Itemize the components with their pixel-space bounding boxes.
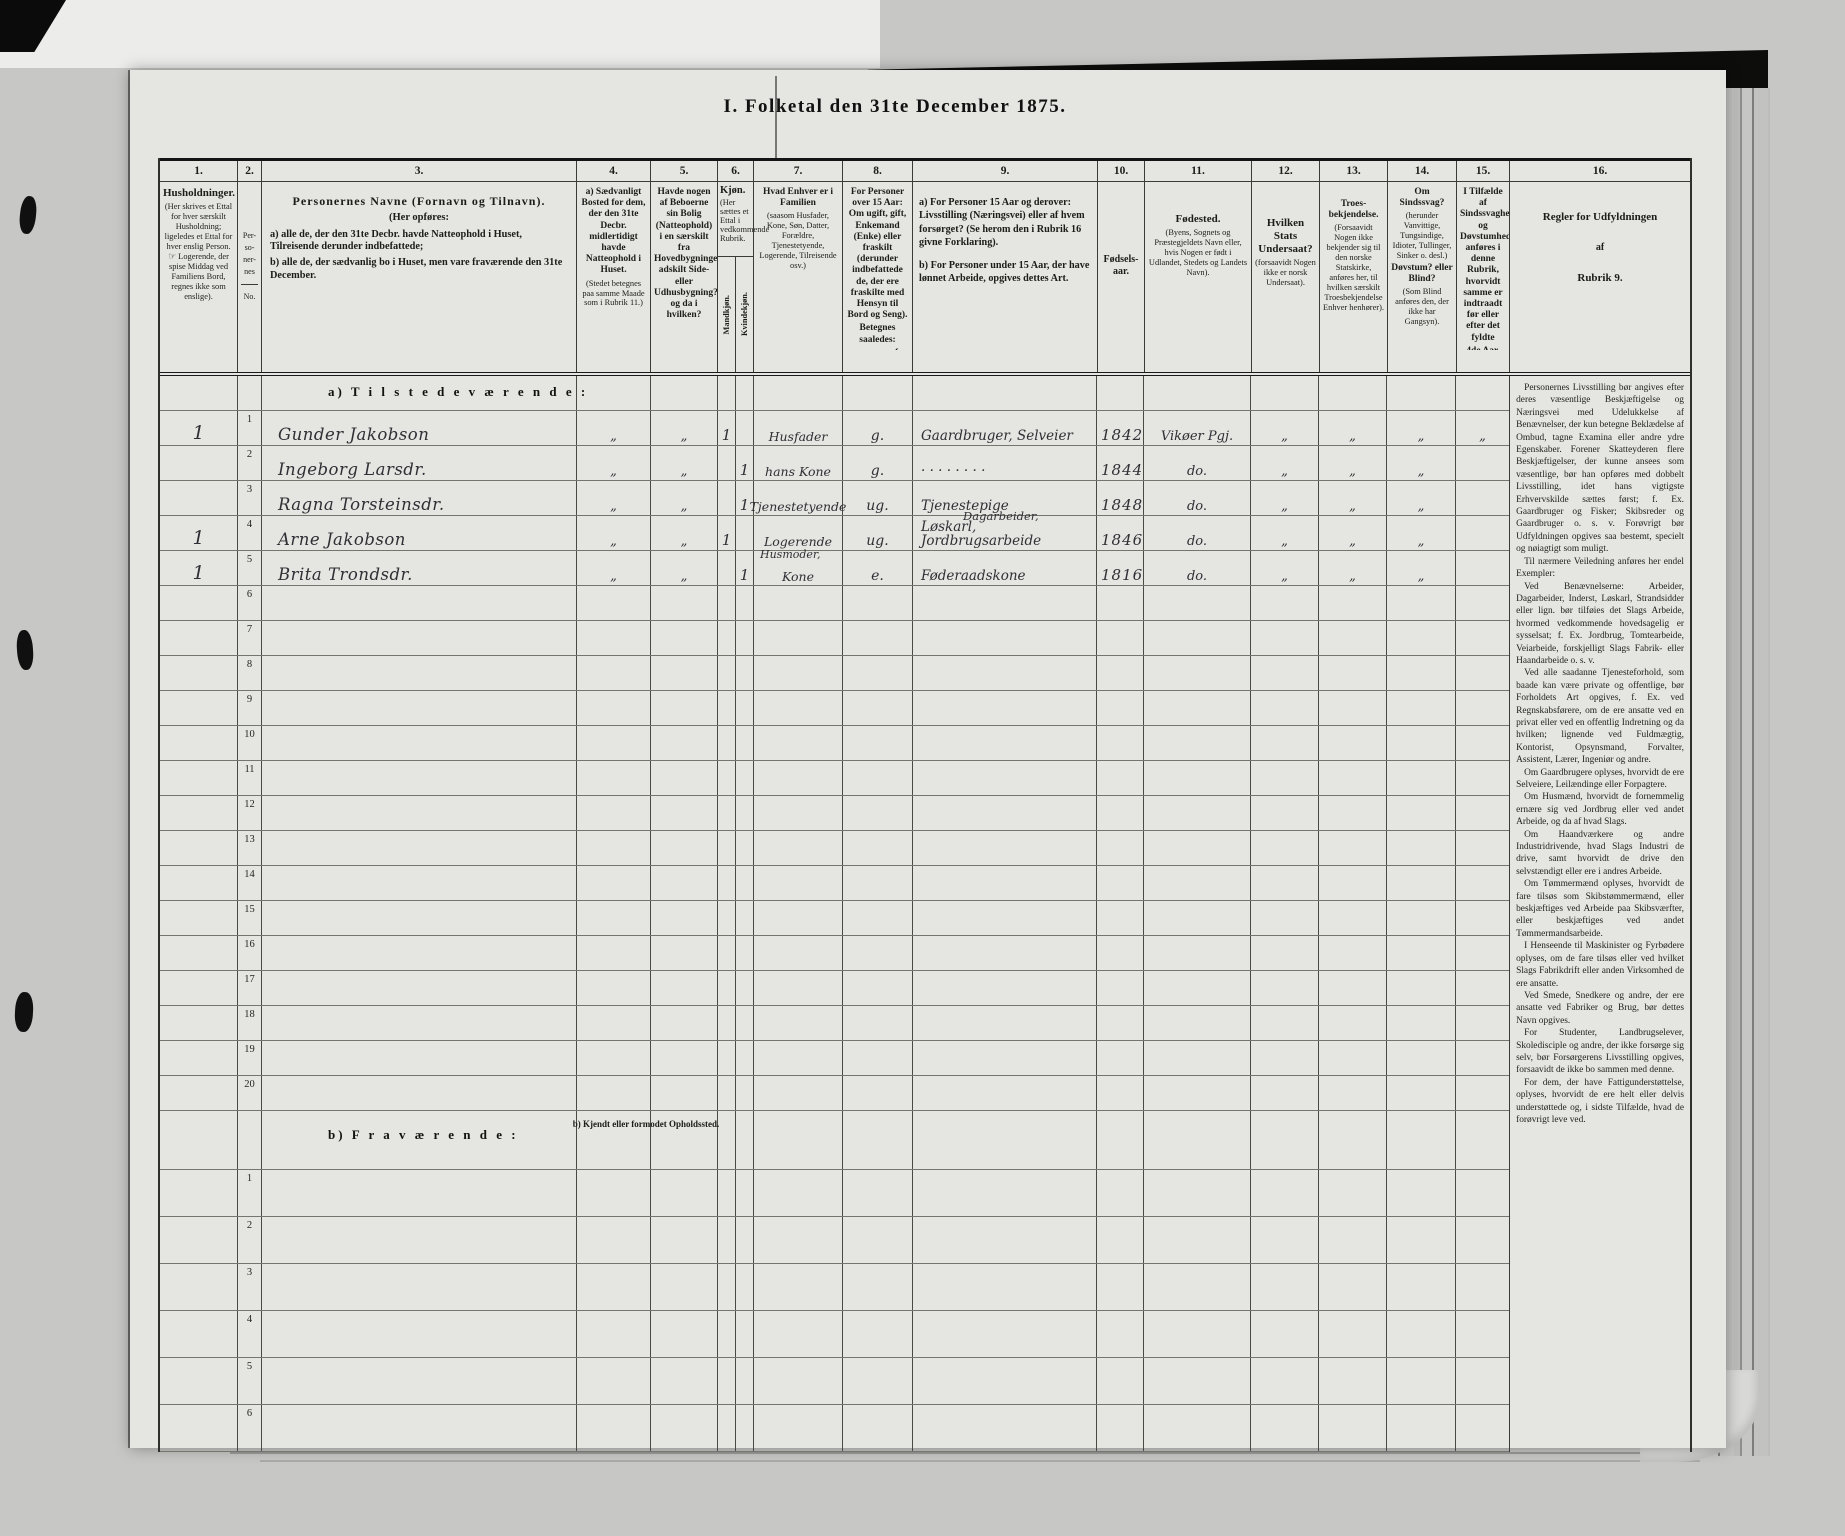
occupation <box>912 691 1097 725</box>
male-tally <box>718 1041 736 1075</box>
rows-a: 11Gunder Jakobson„„1Husfaderg.Gaardbruge… <box>160 411 1509 1111</box>
family-position <box>754 691 843 725</box>
citizenship-mark-value: „ <box>1281 465 1288 480</box>
person-name-value: Ragna Torsteinsdr. <box>278 497 445 516</box>
marital-status-value: ug. <box>866 499 888 515</box>
marital-status <box>843 1264 913 1310</box>
birth-place-value: Vikøer Pgj. <box>1161 430 1233 445</box>
outbuilding-mark <box>651 1041 718 1075</box>
usual-residence-mark <box>577 1076 651 1110</box>
household-number-value: 1 <box>192 424 204 445</box>
male-tally <box>718 866 736 900</box>
birth-place <box>1144 1358 1251 1404</box>
birth-year <box>1097 1170 1144 1216</box>
outbuilding-mark-value: „ <box>681 570 688 585</box>
person-number-value: 16 <box>244 936 255 950</box>
disability-mark <box>1387 796 1456 830</box>
female-tally <box>736 1041 754 1075</box>
citizenship-mark <box>1251 1041 1319 1075</box>
empty-cell <box>718 1111 736 1169</box>
usual-residence-mark <box>577 1311 651 1357</box>
table-row: 6 <box>160 1405 1509 1452</box>
column-title: Fødsels- <box>1101 254 1141 266</box>
disability-mark: „ <box>1387 481 1456 515</box>
male-tally <box>718 586 736 620</box>
scan-background-light <box>0 0 880 68</box>
column-title: Døvstum? eller Blind? <box>1391 263 1453 285</box>
empty-cell <box>1456 1111 1509 1169</box>
person-number-value: 20 <box>244 1076 255 1090</box>
scan-edge-mark <box>18 195 38 234</box>
usual-residence-mark <box>577 761 651 795</box>
person-name: Ingeborg Larsdr. <box>262 446 577 480</box>
person-number-value: 15 <box>244 901 255 915</box>
table-row: 7 <box>160 621 1509 656</box>
column-title: Regler for Udfyldningen <box>1513 211 1687 224</box>
person-number-value: 18 <box>244 1006 255 1020</box>
empty-cell <box>238 1111 262 1169</box>
religion-mark <box>1319 621 1387 655</box>
regler-paragraph: For Studenter, Landbrugselever, Skoledis… <box>1516 1027 1684 1077</box>
household-number: 1 <box>160 411 238 445</box>
usual-residence-mark <box>577 1264 651 1310</box>
disability-mark <box>1387 831 1456 865</box>
usual-residence-mark <box>577 1358 651 1404</box>
scan-edge-mark <box>16 629 35 670</box>
outbuilding-mark <box>651 1311 718 1357</box>
birth-year <box>1097 866 1144 900</box>
usual-residence-mark-value: „ <box>610 535 617 550</box>
male-tally <box>718 691 736 725</box>
empty-cell <box>736 376 754 410</box>
regler-paragraph: Ved alle saadanne Tjenesteforhold, som b… <box>1516 667 1684 766</box>
section-a-row: a) T i l s t e d e v æ r e n d e : <box>160 376 1509 411</box>
marital-status: g. <box>843 446 913 480</box>
table-row: 14 <box>160 866 1509 901</box>
column-title: Hvilken Stats Undersaat? <box>1255 217 1316 256</box>
occupation <box>912 586 1097 620</box>
disability-onset-mark-value: „ <box>1479 430 1486 445</box>
occupation <box>912 796 1097 830</box>
occupation <box>912 1217 1097 1263</box>
family-position <box>754 1041 843 1075</box>
family-position <box>754 1217 843 1263</box>
disability-onset-mark <box>1456 1217 1509 1263</box>
birth-year: 1844 <box>1097 446 1144 480</box>
disability-onset-mark <box>1456 1311 1509 1357</box>
outbuilding-mark <box>651 1358 718 1404</box>
birth-place <box>1144 1311 1251 1357</box>
column-note: (forsaavidt Nogen ikke er norsk Undersaa… <box>1255 258 1316 288</box>
religion-mark: „ <box>1319 516 1387 550</box>
disability-onset-mark <box>1456 516 1509 550</box>
usual-residence-mark-value: „ <box>610 500 617 515</box>
person-number: 5 <box>238 1358 262 1404</box>
person-number-value: 14 <box>244 866 255 880</box>
religion-mark <box>1319 726 1387 760</box>
female-tally <box>736 1076 754 1110</box>
birth-year-value: 1842 <box>1101 428 1143 445</box>
regler-paragraph: Om Gaardbrugere oplyses, hvorvidt de ere… <box>1516 767 1684 792</box>
person-number: 14 <box>238 866 262 900</box>
empty-cell <box>1387 1111 1456 1169</box>
column-title: Husholdninger. <box>163 187 234 200</box>
citizenship-mark <box>1251 1264 1319 1310</box>
household-number <box>160 936 238 970</box>
birth-place: do. <box>1144 516 1251 550</box>
person-name <box>262 1041 577 1075</box>
disability-mark <box>1387 586 1456 620</box>
person-number-value: 11 <box>244 761 254 775</box>
section-b-row: b) F r a v æ r e n d e : b) Kjendt eller… <box>160 1111 1509 1170</box>
marital-status <box>843 761 913 795</box>
citizenship-mark <box>1251 621 1319 655</box>
person-number: 12 <box>238 796 262 830</box>
person-name-value: Arne Jakobson <box>278 532 406 551</box>
column-number: 11. <box>1145 161 1251 182</box>
female-tally-value: 1 <box>740 463 750 480</box>
household-number <box>160 1170 238 1216</box>
family-position-value: Tjenestetyende <box>750 501 847 516</box>
birth-place <box>1144 1041 1251 1075</box>
religion-mark <box>1319 656 1387 690</box>
table-body: a) T i l s t e d e v æ r e n d e : 11Gun… <box>160 376 1690 1452</box>
disability-mark <box>1387 691 1456 725</box>
male-tally <box>718 1311 736 1357</box>
birth-year <box>1097 1041 1144 1075</box>
disability-onset-mark <box>1456 726 1509 760</box>
citizenship-mark: „ <box>1251 516 1319 550</box>
disability-mark <box>1387 621 1456 655</box>
table-row: 13 <box>160 831 1509 866</box>
family-position-note: Husmoder, <box>760 548 820 561</box>
disability-onset-mark <box>1456 901 1509 935</box>
person-name <box>262 866 577 900</box>
religion-mark-value: „ <box>1349 535 1356 550</box>
column-title: I Tilfælde af Sindssvaghed og Døvstumhed… <box>1460 187 1506 344</box>
religion-mark: „ <box>1319 551 1387 585</box>
empty-cell <box>736 1111 754 1169</box>
person-number: 3 <box>238 481 262 515</box>
marital-status <box>843 726 913 760</box>
occupation <box>912 971 1097 1005</box>
table-row: 15 <box>160 901 1509 936</box>
family-position <box>754 1405 843 1451</box>
person-name <box>262 726 577 760</box>
family-position <box>754 1264 843 1310</box>
marital-status <box>843 586 913 620</box>
outbuilding-mark <box>651 621 718 655</box>
occupation-note: Dagarbeider, <box>963 509 1039 523</box>
column-number: 13. <box>1320 161 1387 182</box>
family-position: Tjenestetyende <box>754 481 843 515</box>
column-header-sindssvag: 14. Om Sindssvag? (herunder Vanvittige, … <box>1388 161 1457 372</box>
occupation: · · · · · · · · <box>912 446 1097 480</box>
household-number <box>160 866 238 900</box>
religion-mark <box>1319 866 1387 900</box>
male-tally-value: 1 <box>722 533 732 550</box>
citizenship-mark <box>1251 796 1319 830</box>
column-number: 5. <box>651 161 717 182</box>
marital-status <box>843 901 913 935</box>
disability-mark <box>1387 866 1456 900</box>
book-fold-line <box>775 76 777 160</box>
household-number <box>160 831 238 865</box>
birth-place <box>1144 936 1251 970</box>
citizenship-mark <box>1251 936 1319 970</box>
family-position <box>754 1170 843 1216</box>
family-position <box>754 726 843 760</box>
female-tally <box>736 516 754 550</box>
birth-year <box>1097 1264 1144 1310</box>
female-tally <box>736 1006 754 1040</box>
household-number <box>160 1311 238 1357</box>
person-name: Brita Trondsdr. <box>262 551 577 585</box>
birth-place-value: do. <box>1187 500 1207 515</box>
outbuilding-mark <box>651 796 718 830</box>
birth-place-value: do. <box>1187 535 1207 550</box>
family-position-value: hans Kone <box>765 466 831 481</box>
citizenship-mark <box>1251 831 1319 865</box>
female-tally <box>736 936 754 970</box>
occupation <box>912 1405 1097 1451</box>
household-number <box>160 1217 238 1263</box>
religion-mark <box>1319 1405 1387 1451</box>
outbuilding-mark <box>651 936 718 970</box>
household-number <box>160 1264 238 1310</box>
male-tally <box>718 1405 736 1451</box>
person-number-value: 5 <box>247 551 252 565</box>
person-name <box>262 1264 577 1310</box>
table-row: 8 <box>160 656 1509 691</box>
column-number: 16. <box>1510 161 1690 182</box>
female-tally <box>736 621 754 655</box>
table-row: 16 <box>160 936 1509 971</box>
column-note: (Her opføres: <box>270 212 568 224</box>
section-b-label: b) F r a v æ r e n d e : <box>328 1127 519 1143</box>
column-number: 9. <box>913 161 1097 182</box>
usual-residence-mark <box>577 1170 651 1216</box>
birth-place <box>1144 831 1251 865</box>
column-header-fodested: 11. Fødested. (Byens, Sognets og Præsteg… <box>1145 161 1252 372</box>
empty-cell <box>1144 1111 1251 1169</box>
birth-place-value: do. <box>1187 465 1207 480</box>
female-tally <box>736 726 754 760</box>
table-row: 6 <box>160 586 1509 621</box>
person-name: Ragna Torsteinsdr. <box>262 481 577 515</box>
empty-cell <box>754 1111 843 1169</box>
household-number <box>160 621 238 655</box>
person-number-value: 17 <box>244 971 255 985</box>
birth-year <box>1097 971 1144 1005</box>
family-position-value: Kone <box>782 571 814 586</box>
birth-year <box>1097 1311 1144 1357</box>
outbuilding-mark <box>651 1170 718 1216</box>
table-row: 20 <box>160 1076 1509 1111</box>
disability-mark-value: „ <box>1418 465 1425 480</box>
regler-paragraph: Ved Smede, Snedkere og andre, der ere an… <box>1516 990 1684 1027</box>
person-number-value: 6 <box>247 586 252 600</box>
column-note: 4de Aar. <box>1460 346 1506 350</box>
family-position: Husmoder,Kone <box>754 551 843 585</box>
person-number-value: 8 <box>247 656 252 670</box>
disability-mark-value: „ <box>1418 500 1425 515</box>
person-number: 4 <box>238 516 262 550</box>
person-number: 16 <box>238 936 262 970</box>
birth-place <box>1144 1006 1251 1040</box>
column-number: 6. <box>718 161 753 182</box>
birth-place <box>1144 1405 1251 1451</box>
household-number <box>160 446 238 480</box>
regler-paragraph: Ved Benævnelserne: Arbeider, Dagarbeider… <box>1516 581 1684 668</box>
person-name <box>262 1311 577 1357</box>
marital-status <box>843 1006 913 1040</box>
occupation <box>912 761 1097 795</box>
usual-residence-mark: „ <box>577 411 651 445</box>
male-tally <box>718 1217 736 1263</box>
disability-onset-mark <box>1456 1041 1509 1075</box>
outbuilding-mark <box>651 866 718 900</box>
marital-status-value: g. <box>871 429 884 445</box>
marital-status <box>843 831 913 865</box>
birth-place: Vikøer Pgj. <box>1144 411 1251 445</box>
column-note: (Her skrives et Ettal for hver særskilt … <box>163 202 234 252</box>
family-position <box>754 1311 843 1357</box>
outbuilding-mark <box>651 656 718 690</box>
household-number <box>160 1405 238 1451</box>
female-tally <box>736 1264 754 1310</box>
occupation-value: · · · · · · · · <box>921 465 985 481</box>
citizenship-mark <box>1251 901 1319 935</box>
column-header-regler: 16. Regler for Udfyldningen af Rubrik 9. <box>1510 161 1690 372</box>
marital-status <box>843 796 913 830</box>
column-title: nes <box>244 266 255 278</box>
marital-status-value: e. <box>871 569 884 585</box>
usual-residence-mark <box>577 971 651 1005</box>
female-tally: 1 <box>736 551 754 585</box>
female-tally: 1 <box>736 446 754 480</box>
religion-mark <box>1319 1041 1387 1075</box>
column-header-husholdninger: 1. Husholdninger. (Her skrives et Ettal … <box>160 161 238 372</box>
person-number-value: 13 <box>244 831 255 845</box>
column-header-kjon: 6. Kjøn. (Her sættes et Ettal i vedkomme… <box>718 161 754 372</box>
birth-place <box>1144 726 1251 760</box>
regler-paragraph: I Henseende til Maskinister og Fyrbødere… <box>1516 940 1684 990</box>
birth-year <box>1097 901 1144 935</box>
birth-place <box>1144 1264 1251 1310</box>
usual-residence-mark <box>577 691 651 725</box>
religion-mark <box>1319 1217 1387 1263</box>
disability-mark: „ <box>1387 446 1456 480</box>
empty-cell <box>912 1111 1097 1169</box>
empty-cell <box>160 1111 238 1169</box>
usual-residence-mark-value: „ <box>610 570 617 585</box>
person-number-value: 19 <box>244 1041 255 1055</box>
family-position <box>754 866 843 900</box>
disability-onset-mark <box>1456 551 1509 585</box>
outbuilding-mark <box>651 901 718 935</box>
marital-status <box>843 621 913 655</box>
column-note: Logerende, der spise Middag ved Familien… <box>169 252 229 301</box>
column-title: ner- <box>243 254 256 266</box>
disability-onset-mark <box>1456 586 1509 620</box>
person-name <box>262 1217 577 1263</box>
household-number <box>160 901 238 935</box>
table-header: 1. Husholdninger. (Her skrives et Ettal … <box>160 158 1690 376</box>
column-header-fodselsaar: 10. Fødsels- aar. <box>1098 161 1145 372</box>
person-number-value: 10 <box>244 726 255 740</box>
female-tally <box>736 1311 754 1357</box>
birth-year <box>1097 621 1144 655</box>
marital-status: ug. <box>843 481 913 515</box>
occupation <box>912 1170 1097 1216</box>
citizenship-mark <box>1251 866 1319 900</box>
religion-mark <box>1319 1264 1387 1310</box>
disability-mark <box>1387 656 1456 690</box>
column-number: 1. <box>160 161 237 182</box>
birth-year: 1816 <box>1097 551 1144 585</box>
family-position <box>754 796 843 830</box>
scanned-census-document: { "page": { "title": "I. Folketal den 31… <box>0 0 1845 1536</box>
outbuilding-mark <box>651 971 718 1005</box>
disability-mark <box>1387 901 1456 935</box>
birth-place-value: do. <box>1187 570 1207 585</box>
person-name <box>262 1076 577 1110</box>
page-stack-bottom-edge <box>260 1460 1700 1462</box>
birth-year <box>1097 1217 1144 1263</box>
table-row: 9 <box>160 691 1509 726</box>
table-row: 15Brita Trondsdr.„„1Husmoder,Konee.Føder… <box>160 551 1509 586</box>
column-note: (Forsaavidt Nogen ikke bekjender sig til… <box>1323 223 1384 312</box>
regler-paragraph: Til nærmere Veiledning anføres her endel… <box>1516 556 1684 581</box>
female-tally <box>736 971 754 1005</box>
birth-year <box>1097 936 1144 970</box>
disability-onset-mark <box>1456 656 1509 690</box>
household-number <box>160 796 238 830</box>
person-name <box>262 796 577 830</box>
outbuilding-mark-value: „ <box>681 465 688 480</box>
family-position <box>754 971 843 1005</box>
column-note: b) For Personer under 15 Aar, der have l… <box>919 259 1091 286</box>
column-number: 12. <box>1252 161 1319 182</box>
birth-place <box>1144 796 1251 830</box>
usual-residence-mark: „ <box>577 516 651 550</box>
disability-onset-mark <box>1456 1076 1509 1110</box>
female-tally <box>736 796 754 830</box>
religion-mark <box>1319 936 1387 970</box>
empty-cell <box>1097 376 1144 410</box>
family-position <box>754 656 843 690</box>
person-name <box>262 1170 577 1216</box>
birth-year: 1846 <box>1097 516 1144 550</box>
disability-mark <box>1387 1170 1456 1216</box>
column-title: Rubrik 9. <box>1513 272 1687 285</box>
religion-mark <box>1319 1170 1387 1216</box>
male-tally <box>718 1006 736 1040</box>
column-title: so- <box>245 242 255 254</box>
usual-residence-mark: „ <box>577 551 651 585</box>
person-name <box>262 831 577 865</box>
disability-mark: „ <box>1387 411 1456 445</box>
citizenship-mark-value: „ <box>1281 500 1288 515</box>
person-number: 5 <box>238 551 262 585</box>
outbuilding-mark: „ <box>651 516 718 550</box>
column-header-personernes-no: 2. Per- so- ner- nes No. <box>238 161 262 372</box>
column-note: (Stedet betegnes paa samme Maade som i R… <box>580 279 647 309</box>
birth-place: do. <box>1144 446 1251 480</box>
citizenship-mark <box>1251 1217 1319 1263</box>
female-tally <box>736 761 754 795</box>
